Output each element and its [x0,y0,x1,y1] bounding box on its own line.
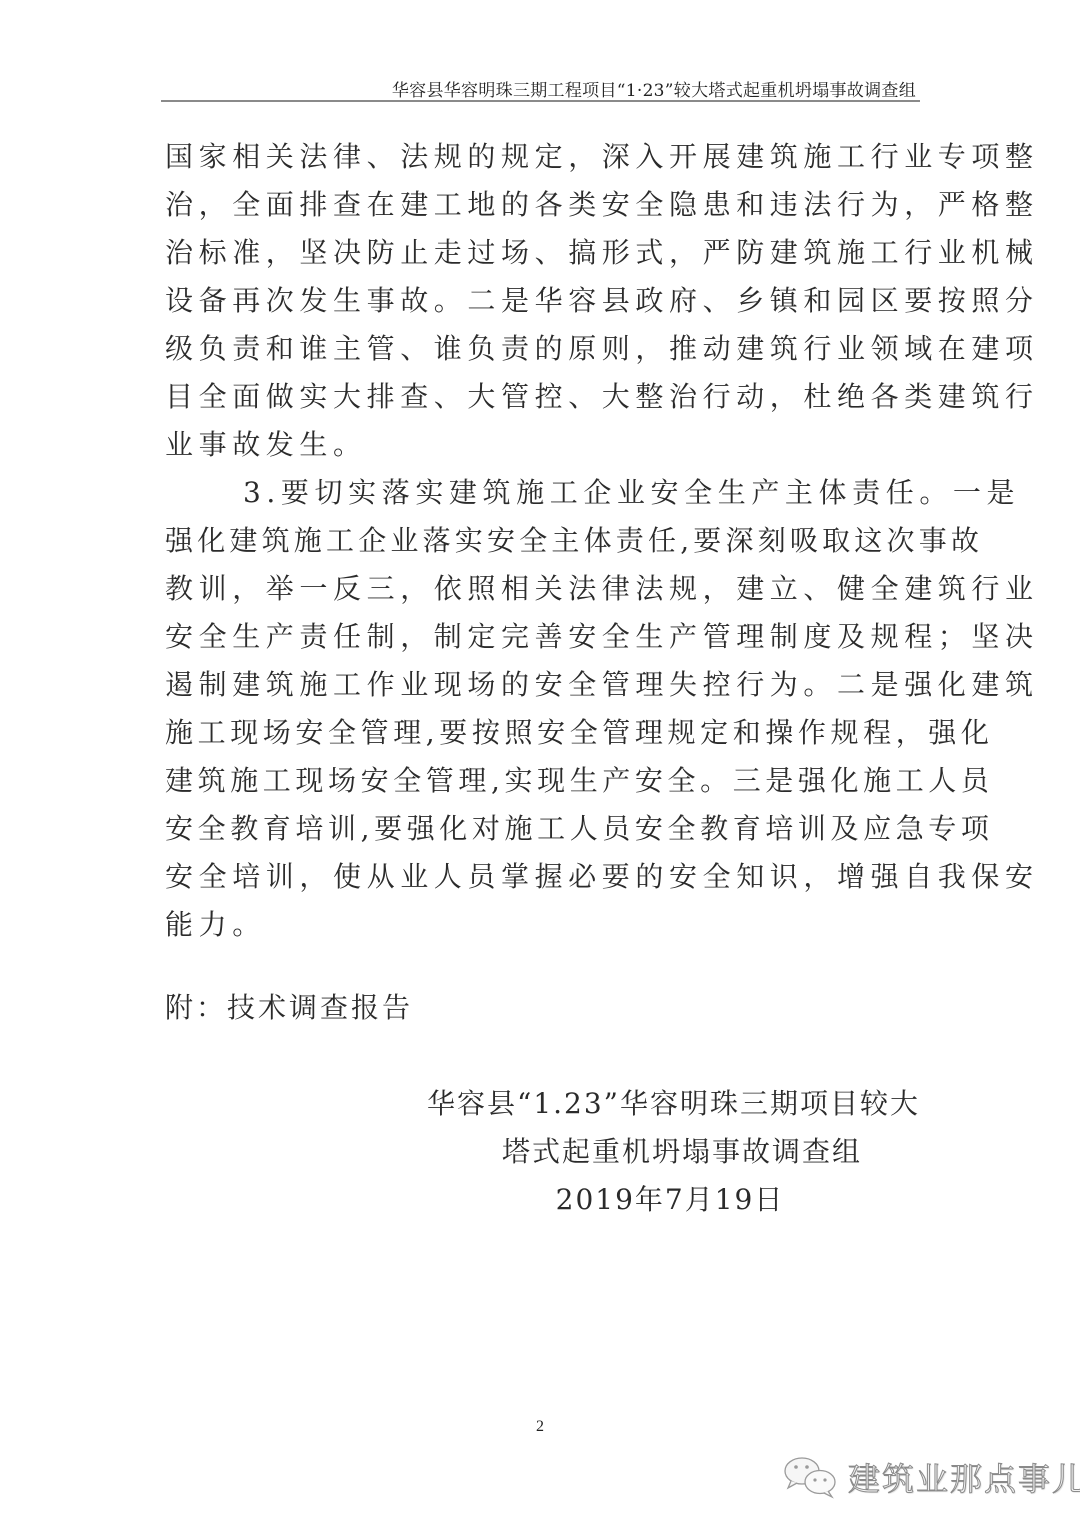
body-line: 级负责和谁主管、谁负责的原则，推动建筑行业领域在建项 [165,325,917,373]
body-line: 安全教育培训,要强化对施工人员安全教育培训及应急专项 [165,805,917,853]
body-line: 治标准，坚决防止走过场、搞形式，严防建筑施工行业机械 [165,229,917,277]
page-number: 2 [536,1418,544,1436]
signature-block: 华容县“1.23”华容明珠三期项目较大 塔式起重机坍塌事故调查组 2019年7月… [420,1080,920,1224]
body-line: 强化建筑施工企业落实安全主体责任,要深刻吸取这次事故 [165,517,917,565]
paragraph-3-heading-line: 3.要切实落实建筑施工企业安全生产主体责任。一是 [165,469,917,517]
signature-org-line-1: 华容县“1.23”华容明珠三期项目较大 [420,1080,920,1128]
watermark: 建筑业那点事儿 [782,1452,1080,1502]
wechat-icon [782,1454,840,1500]
attachment-note: 附：技术调查报告 [165,984,413,1032]
body-line: 目全面做实大排查、大管控、大整治行动，杜绝各类建筑行 [165,373,917,421]
watermark-text: 建筑业那点事儿 [848,1454,1080,1500]
document-body: 国家相关法律、法规的规定，深入开展建筑施工行业专项整 治，全面排查在建工地的各类… [165,133,917,949]
body-line: 业事故发生。 [165,421,917,469]
body-line: 教训，举一反三，依照相关法律法规，建立、健全建筑行业 [165,565,917,613]
signature-org-line-2: 塔式起重机坍塌事故调查组 [420,1128,920,1176]
header-title: 华容县华容明珠三期工程项目“1·23”较大塔式起重机坍塌事故调查组 [392,76,916,101]
body-line: 施工现场安全管理,要按照安全管理规定和操作规程，强化 [165,709,917,757]
page-header: 华容县华容明珠三期工程项目“1·23”较大塔式起重机坍塌事故调查组 [161,74,920,102]
body-line: 建筑施工现场安全管理,实现生产安全。三是强化施工人员 [165,757,917,805]
body-line: 安全培训，使从业人员掌握必要的安全知识，增强自我保安 [165,853,917,901]
body-line: 设备再次发生事故。二是华容县政府、乡镇和园区要按照分 [165,277,917,325]
body-line: 国家相关法律、法规的规定，深入开展建筑施工行业专项整 [165,133,917,181]
body-line: 治，全面排查在建工地的各类安全隐患和违法行为，严格整 [165,181,917,229]
body-line: 能力。 [165,901,917,949]
signature-date: 2019年7月19日 [420,1176,920,1224]
body-line: 遏制建筑施工作业现场的安全管理失控行为。二是强化建筑 [165,661,917,709]
body-line: 安全生产责任制，制定完善安全生产管理制度及规程；坚决 [165,613,917,661]
